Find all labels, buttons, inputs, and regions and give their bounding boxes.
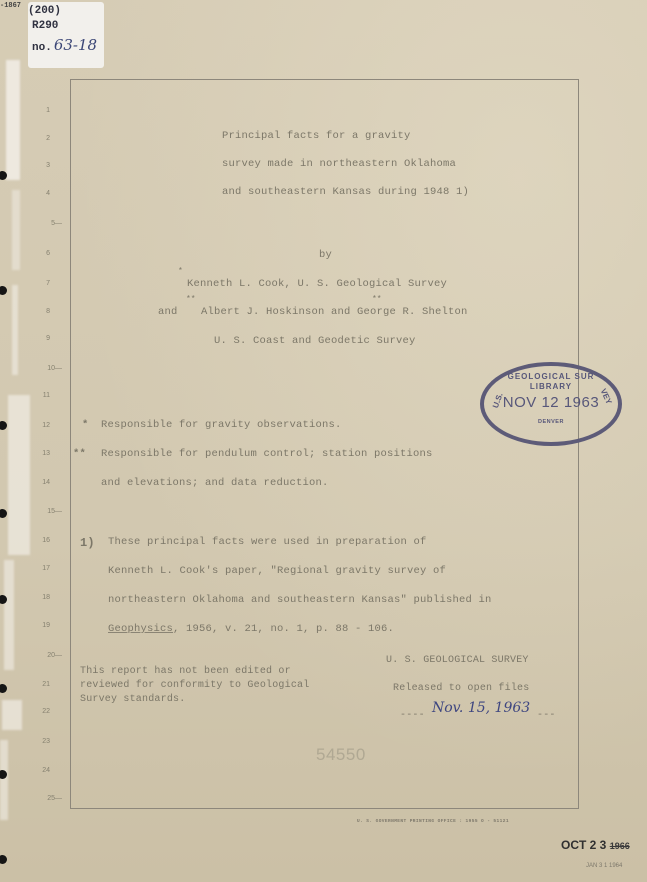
line-number: 24 — [20, 767, 50, 774]
line-number: 15— — [32, 508, 62, 515]
tape-mark — [6, 60, 20, 180]
title-line-3: and southeastern Kansas during 1948 1) — [222, 186, 469, 198]
line-number: 17 — [20, 565, 50, 572]
note3-line-2: Kenneth L. Cook's paper, "Regional gravi… — [108, 565, 446, 577]
catalog-handwritten-number: 63-18 — [54, 36, 97, 54]
note2-line-2: and elevations; and data reduction. — [101, 477, 329, 489]
receipt-stamp: OCT 2 3 1966 — [561, 838, 630, 852]
citation-details: , 1956, v. 21, no. 1, p. 88 - 106. — [173, 623, 394, 635]
binding-hole — [0, 509, 7, 518]
printer-line: U. S. GOVERNMENT PRINTING OFFICE : 1955 … — [357, 819, 509, 824]
note1-text: Responsible for gravity observations. — [101, 419, 342, 431]
note1-mark: * — [82, 419, 89, 431]
line-number: 7 — [20, 280, 50, 287]
journal-name: Geophysics — [108, 623, 173, 635]
catalog-line-1: (200) — [28, 5, 61, 17]
catalog-no-prefix: no. — [32, 42, 52, 54]
title-line-2: survey made in northeastern Oklahoma — [222, 158, 456, 170]
line-number: 5— — [32, 220, 62, 227]
tape-mark — [0, 740, 8, 820]
binding-hole — [0, 684, 7, 693]
line-number: 2 — [20, 135, 50, 142]
note2-line-1: Responsible for pendulum control; statio… — [101, 448, 433, 460]
line-number: 3 — [20, 162, 50, 169]
disclaimer-line-3: Survey standards. — [80, 694, 185, 705]
release-agency: U. S. GEOLOGICAL SURVEY — [386, 655, 529, 666]
author-1: Kenneth L. Cook, U. S. Geological Survey — [187, 278, 447, 290]
and-prefix: and — [158, 306, 178, 318]
catalog-label: (200) R290 no.63-18 — [28, 2, 104, 68]
line-number: 25— — [32, 795, 62, 802]
line-number: 19 — [20, 622, 50, 629]
authors-2-3: Albert J. Hoskinson and George R. Shelto… — [201, 306, 468, 318]
catalog-line-3: no.63-18 — [32, 36, 97, 54]
line-number: 18 — [20, 594, 50, 601]
author2-mark: ** — [186, 295, 196, 304]
receipt-stamp-year: 1966 — [610, 841, 630, 851]
note3-line-3: northeastern Oklahoma and southeastern K… — [108, 594, 492, 606]
title-line-1: Principal facts for a gravity — [222, 130, 411, 142]
tape-mark — [2, 700, 22, 730]
agency-line: U. S. Coast and Geodetic Survey — [214, 335, 416, 347]
line-number: 13 — [20, 450, 50, 457]
binding-hole — [0, 286, 7, 295]
note2-mark: ** — [73, 448, 86, 460]
line-number: 22 — [20, 708, 50, 715]
note3-line-1: These principal facts were used in prepa… — [108, 536, 427, 548]
line-number: 9 — [20, 335, 50, 342]
library-stamp: U.S. GEOLOGICAL SUR VEY LIBRARY NOV 12 1… — [480, 362, 622, 446]
stamp-arc-text: GEOLOGICAL SUR — [484, 372, 618, 381]
binding-hole — [0, 855, 7, 864]
note3-line-4: Geophysics, 1956, v. 21, no. 1, p. 88 - … — [108, 623, 394, 635]
line-number: 6 — [20, 250, 50, 257]
small-date-stamp: JAN 3 1 1964 — [586, 863, 622, 869]
tape-mark — [8, 395, 30, 555]
catalog-line-2: R290 — [32, 20, 58, 32]
line-number: 11 — [20, 392, 50, 399]
catalog-prefix: -1867 — [0, 2, 21, 10]
tape-mark — [12, 285, 18, 375]
disclaimer-line-2: reviewed for conformity to Geological — [80, 680, 309, 691]
line-number: 21 — [20, 681, 50, 688]
byline-by: by — [319, 249, 332, 261]
release-text: Released to open files — [393, 683, 529, 694]
receipt-stamp-date: OCT 2 3 — [561, 838, 606, 852]
author1-mark: * — [178, 267, 183, 276]
line-number: 12 — [20, 422, 50, 429]
line-number: 10— — [32, 365, 62, 372]
line-number: 14 — [20, 479, 50, 486]
disclaimer-line-1: This report has not been edited or — [80, 666, 291, 677]
line-number: 20— — [32, 652, 62, 659]
tape-mark — [12, 190, 20, 270]
stamp-date: NOV 12 1963 — [484, 394, 618, 411]
scanned-page: -1867 (200) R290 no.63-18 12345—678910—1… — [0, 0, 647, 882]
stamp-city: DENVER — [484, 419, 618, 425]
line-number: 1 — [20, 107, 50, 114]
line-number: 8 — [20, 308, 50, 315]
faint-accession-number: 54550 — [316, 745, 366, 765]
author3-mark: ** — [372, 295, 382, 304]
release-date-handwritten: Nov. 15, 1963 — [432, 700, 530, 716]
binding-hole — [0, 421, 7, 430]
tape-mark — [4, 560, 14, 670]
line-number: 4 — [20, 190, 50, 197]
note3-mark: 1) — [80, 536, 95, 550]
release-dash-right: --- — [537, 710, 556, 721]
stamp-library: LIBRARY — [484, 382, 618, 391]
line-number: 23 — [20, 738, 50, 745]
line-number: 16 — [20, 537, 50, 544]
release-dash-left: ---- — [400, 710, 425, 721]
